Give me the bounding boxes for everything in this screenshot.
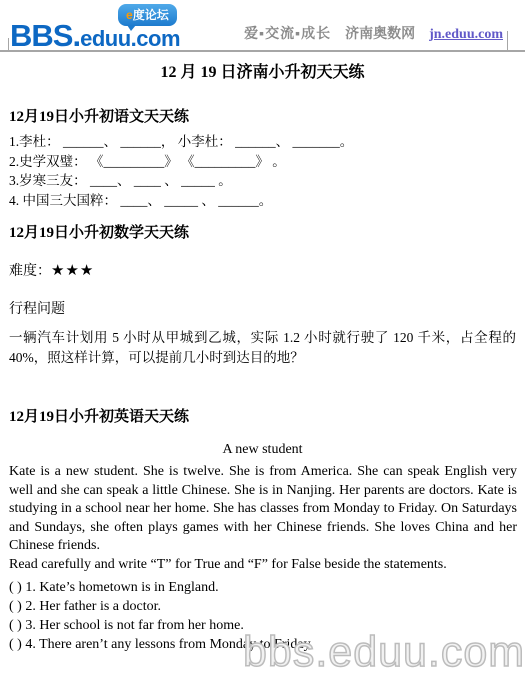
statement-2: ( ) 2. Her father is a doctor. (9, 597, 525, 616)
header-right-group: 爱▪交流▪成长 济南奥数网 jn.eduu.com (244, 23, 503, 43)
e-forum-badge[interactable]: e度论坛 (118, 4, 177, 26)
table-border-left (8, 38, 9, 51)
math-topic: 行程问题 (9, 300, 525, 319)
site-header: BBS.eduuˇ.com e度论坛 爱▪交流▪成长 济南奥数网 jn.eduu… (0, 0, 525, 52)
difficulty-stars: ★★★ (51, 263, 94, 279)
site-tagline: 爱▪交流▪成长 (244, 23, 331, 43)
math-problem-text: 一辆汽车计划用 5 小时从甲城到乙城，实际 1.2 小时就行驶了 120 千米，… (9, 328, 516, 367)
watermark-text: bbs.eduu.com (243, 628, 525, 677)
site-link[interactable]: jn.eduu.com (429, 27, 503, 43)
logo-com-text: .com (131, 26, 180, 51)
instruction-text: Read carefully and write “T” for True an… (9, 556, 517, 575)
math-section-heading: 12月19日小升初数学天天练 (9, 224, 525, 243)
page-title: 12 月 19 日济南小升初天天练 (0, 63, 525, 83)
worksheet-page: BBS.eduuˇ.com e度论坛 爱▪交流▪成长 济南奥数网 jn.eduu… (0, 0, 525, 680)
chinese-question-3: 3.岁寒三友： ____、 ____ 、 _____ 。 (9, 171, 525, 191)
chinese-question-4: 4. 中国三大国粹： ____、 _____ 、 ______。 (9, 191, 525, 211)
logo-bbs-text: BBS. (10, 18, 80, 53)
table-border-right (507, 31, 508, 51)
chinese-section-heading: 12月19日小升初语文天天练 (9, 108, 525, 127)
chinese-question-2: 2.史学双璧： 《_________》 《_________》 。 (9, 152, 525, 172)
passage-title: A new student (0, 441, 525, 459)
site-name: 济南奥数网 (345, 23, 415, 43)
chinese-question-list: 1.李杜： ______、 ______， 小李杜： ______、 _____… (9, 132, 525, 210)
passage-text: Kate is a new student. She is twelve. Sh… (9, 463, 517, 556)
english-section-heading: 12月19日小升初英语天天练 (9, 408, 525, 427)
badge-e-letter: e (126, 8, 133, 22)
difficulty-row: 难度：★★★ (9, 262, 525, 281)
difficulty-label: 难度： (9, 264, 51, 279)
badge-forum-text: 度论坛 (133, 8, 169, 22)
statement-1: ( ) 1. Kate’s hometown is in England. (9, 578, 525, 597)
logo-edu-text: edu (80, 26, 118, 51)
chinese-question-1: 1.李杜： ______、 ______， 小李杜： ______、 _____… (9, 132, 525, 152)
